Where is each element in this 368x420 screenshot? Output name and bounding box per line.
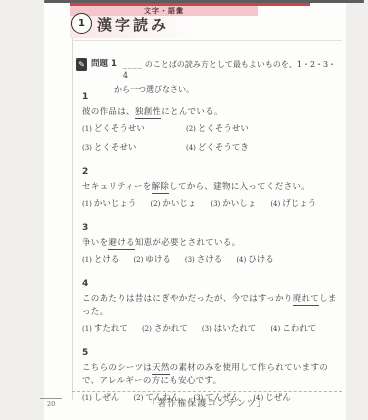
underlined-term: 天然 xyxy=(152,363,170,375)
option-number: (2) xyxy=(150,200,160,208)
answer-option[interactable]: (4)げじょう xyxy=(270,199,316,210)
answer-option[interactable]: (3)とくそせい xyxy=(82,143,186,154)
scanned-textbook-page: 文字・語彙 1 漢字読み ✎ 問題 1 ____のことばの読み方として最もよいも… xyxy=(0,0,368,420)
question-block: 2セキュリティーを解除してから、建物に入ってください。(1)かいじょう(2)かい… xyxy=(82,167,342,210)
question-block: 1彼の作品は、独創性にとんでいる。(1)どくそうせい(2)とくそうせい(3)とく… xyxy=(82,92,342,154)
answer-option[interactable]: (3)はいたれて xyxy=(202,324,256,335)
header-divider xyxy=(72,40,342,41)
option-text: こわれて xyxy=(282,324,316,334)
option-number: (4) xyxy=(270,325,280,333)
option-text: どくそうせい xyxy=(94,124,145,134)
option-text: かいしょ xyxy=(222,199,256,209)
options-row: (1)とける(2)ゆける(3)さける(4)ひける xyxy=(82,255,342,266)
option-number: (4) xyxy=(270,200,280,208)
option-text: ひける xyxy=(248,255,274,265)
options-row: (1)かいじょう(2)かいじょ(3)かいしょ(4)げじょう xyxy=(82,199,342,210)
footer-dashed-rule xyxy=(72,391,342,392)
sentence-text: にとんでいる。 xyxy=(161,107,223,117)
sentence-text: 彼の作品は、 xyxy=(82,107,135,117)
answer-option[interactable]: (2)さかれて xyxy=(142,324,188,335)
instruction-text: ____のことばの読み方として最もよいものを、1・2・3・4 xyxy=(123,59,340,81)
question-number: 5 xyxy=(82,348,342,358)
sentence-text: してから、建物に入ってください。 xyxy=(169,182,310,192)
section-number: 1 xyxy=(78,18,85,29)
blank-underline: ____ xyxy=(123,60,143,69)
option-text: さける xyxy=(197,255,223,265)
option-number: (2) xyxy=(186,125,196,133)
option-text: すたれて xyxy=(94,324,128,334)
option-text: かいじょ xyxy=(162,199,196,209)
answer-option[interactable]: (1)とける xyxy=(82,255,119,266)
instruction-label: 問題 1 xyxy=(91,59,117,70)
question-block: 3争いを避ける知恵が必要とされている。(1)とける(2)ゆける(3)さける(4)… xyxy=(82,223,342,266)
page-number: 20 xyxy=(47,400,55,408)
question-sentence: 争いを避ける知恵が必要とされている。 xyxy=(82,237,342,250)
underlined-term: 避ける xyxy=(108,238,134,250)
option-text: かいじょう xyxy=(94,199,137,209)
answer-option[interactable]: (4)こわれて xyxy=(270,324,316,335)
sentence-text: 知恵が必要とされている。 xyxy=(135,238,241,248)
option-number: (3) xyxy=(202,325,212,333)
sentence-text: こちらのシーツは xyxy=(82,363,152,373)
answer-option[interactable]: (3)かいしょ xyxy=(210,199,256,210)
question-number: 4 xyxy=(82,279,342,289)
questions-list: 1彼の作品は、独創性にとんでいる。(1)どくそうせい(2)とくそうせい(3)とく… xyxy=(82,92,342,417)
answer-option[interactable]: (1)すたれて xyxy=(82,324,128,335)
sentence-text: このあたりは昔はにぎやかだったが、今ではすっかり xyxy=(82,294,293,304)
underlined-term: 解除 xyxy=(152,182,170,194)
option-number: (1) xyxy=(82,256,92,264)
answer-option[interactable]: (1)かいじょう xyxy=(82,199,136,210)
option-text: はいたれて xyxy=(214,324,257,334)
options-row: (1)どくそうせい(2)とくそうせい(3)とくそせい(4)どくそうてき xyxy=(82,124,342,154)
option-number: (3) xyxy=(185,256,195,264)
answer-option[interactable]: (2)とくそうせい xyxy=(186,124,342,135)
answer-option[interactable]: (2)かいじょ xyxy=(150,199,196,210)
answer-option[interactable]: (4)ひける xyxy=(236,255,273,266)
instruction-line1: のことばの読み方として最もよいものを、1・2・3・4 xyxy=(123,60,336,80)
answer-option[interactable]: (1)どくそうせい xyxy=(82,124,186,135)
sentence-text: セキュリティーを xyxy=(82,182,152,192)
answer-option[interactable]: (2)ゆける xyxy=(133,255,170,266)
underlined-term: 廃れて xyxy=(293,294,319,306)
option-text: どくそうてき xyxy=(198,143,249,153)
option-number: (1) xyxy=(82,125,92,133)
page-title: 漢字読み xyxy=(97,14,169,35)
option-number: (3) xyxy=(210,200,220,208)
option-text: とくそうせい xyxy=(198,124,249,134)
page-number-rule xyxy=(40,398,62,399)
question-number: 3 xyxy=(82,223,342,233)
pencil-memo-icon: ✎ xyxy=(76,58,87,71)
option-text: げじょう xyxy=(282,199,316,209)
option-number: (2) xyxy=(133,256,143,264)
question-sentence: セキュリティーを解除してから、建物に入ってください。 xyxy=(82,181,342,194)
option-number: (1) xyxy=(82,325,92,333)
sentence-text: 争いを xyxy=(82,238,108,248)
option-number: (2) xyxy=(142,325,152,333)
instructions-block: ✎ 問題 1 ____のことばの読み方として最もよいものを、1・2・3・4 から… xyxy=(76,57,340,95)
option-number: (1) xyxy=(82,200,92,208)
option-number: (3) xyxy=(82,144,92,152)
question-sentence: 彼の作品は、独創性にとんでいる。 xyxy=(82,106,342,119)
question-number: 2 xyxy=(82,167,342,177)
question-sentence: こちらのシーツは天然の素材のみを使用して作られていますので、アレルギーの方にも安… xyxy=(82,362,342,388)
question-number: 1 xyxy=(82,92,342,102)
copyright-notice: 「著作権保護コンテンツ」 xyxy=(72,396,342,409)
option-number: (4) xyxy=(186,144,196,152)
option-text: とくそせい xyxy=(94,143,137,153)
underlined-term: 独創性 xyxy=(135,107,161,119)
option-text: さかれて xyxy=(154,324,188,334)
question-block: 4このあたりは昔はにぎやかだったが、今ではすっかり廃れてしまった。(1)すたれて… xyxy=(82,279,342,335)
left-margin-rule xyxy=(72,3,73,400)
answer-option[interactable]: (3)さける xyxy=(185,255,222,266)
option-text: ゆける xyxy=(145,255,171,265)
section-number-badge: 1 xyxy=(71,13,92,34)
options-row: (1)すたれて(2)さかれて(3)はいたれて(4)こわれて xyxy=(82,324,342,335)
option-number: (4) xyxy=(236,256,246,264)
option-text: とける xyxy=(94,255,120,265)
answer-option[interactable]: (4)どくそうてき xyxy=(186,143,342,154)
question-sentence: このあたりは昔はにぎやかだったが、今ではすっかり廃れてしまった。 xyxy=(82,293,342,319)
